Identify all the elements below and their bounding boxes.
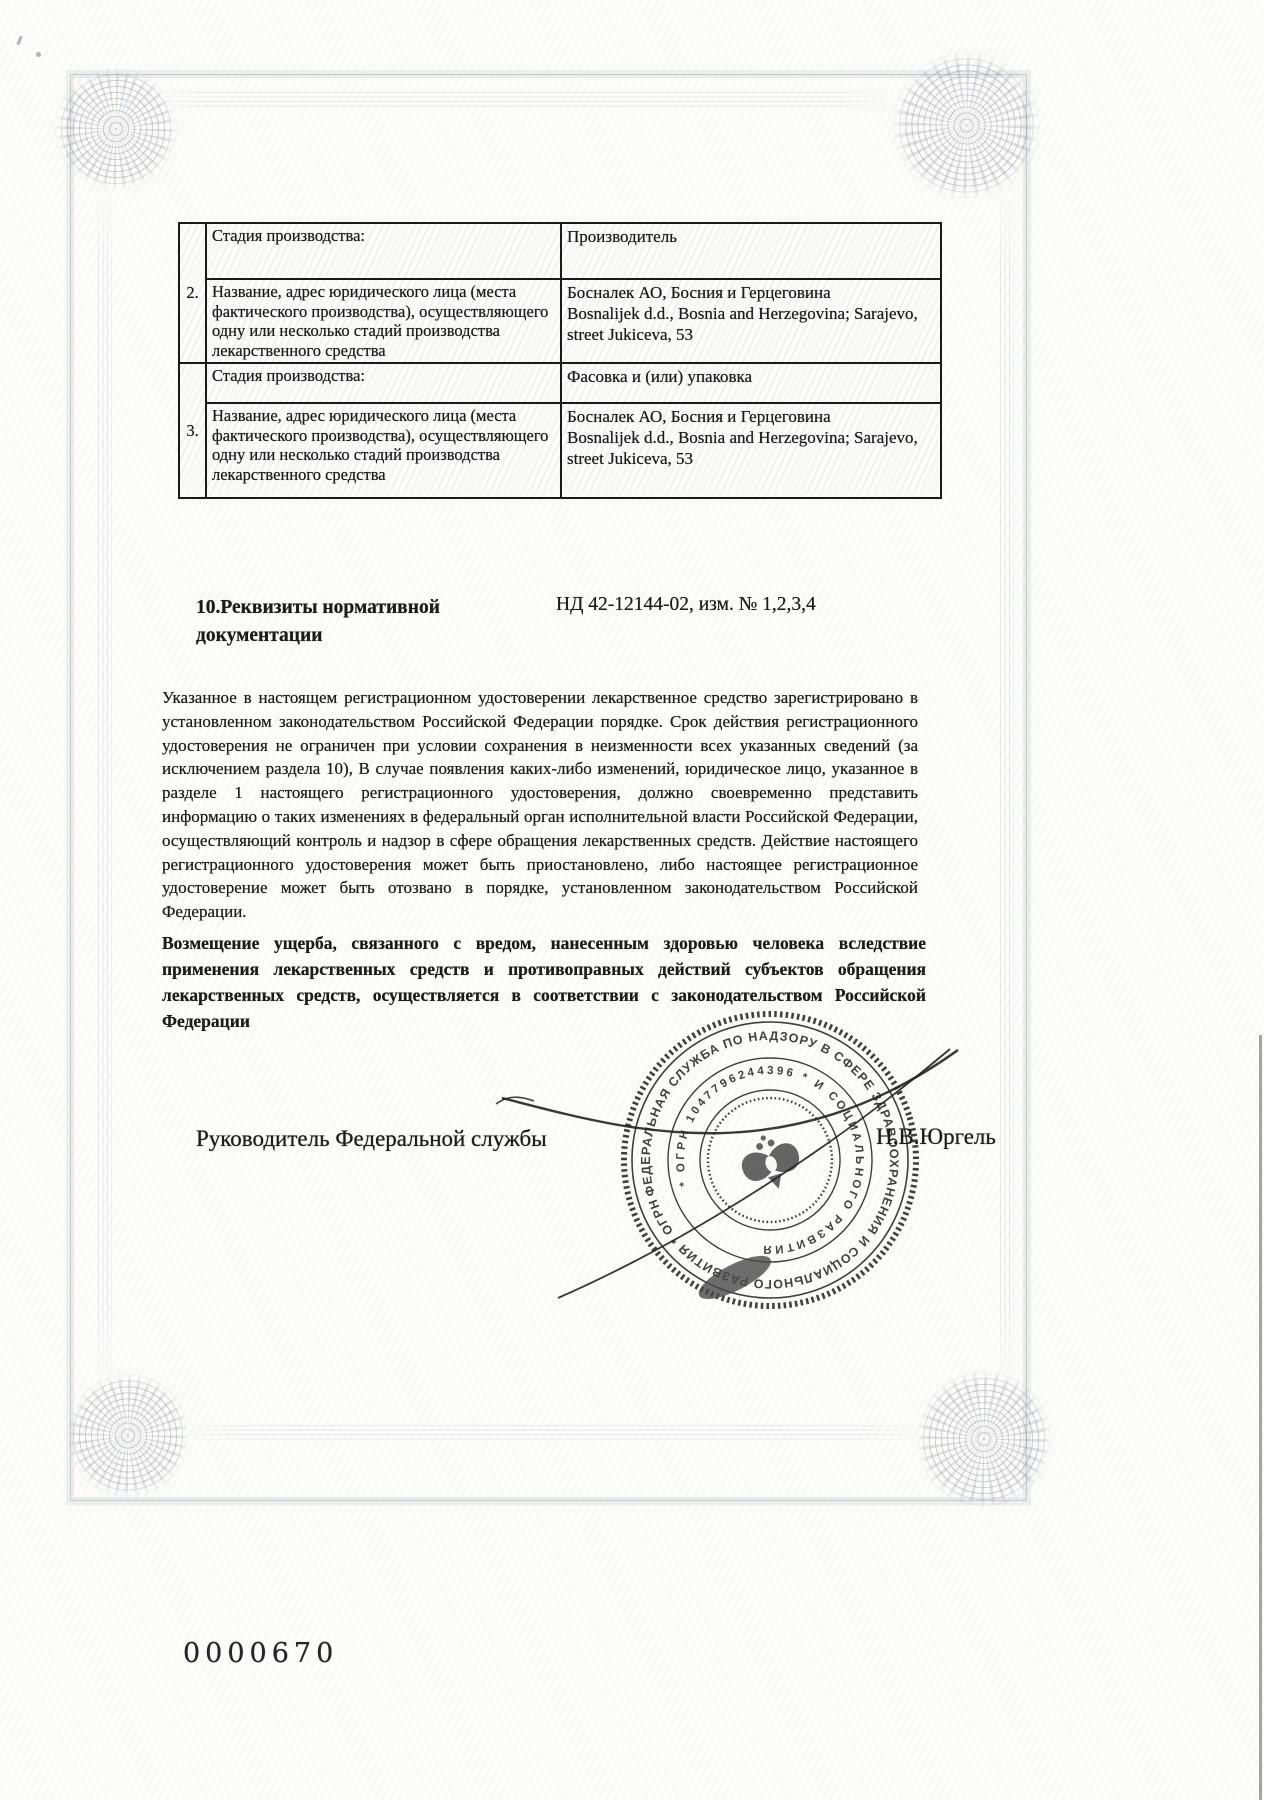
manufacturer-name-ru: Босналек АО, Босния и Герцеговина (567, 406, 933, 427)
table-row: Название, адрес юридического лица (места… (179, 279, 941, 363)
scan-edge-line (1259, 1035, 1262, 1800)
stage-value: Фасовка и (или) упаковка (561, 363, 941, 403)
normative-doc-reference: НД 42-12144-02, изм. № 1,2,3,4 (556, 594, 956, 616)
manufacturer-value: Босналек АО, Босния и Герцеговина Bosnal… (561, 403, 941, 498)
entry-number: 3. (179, 363, 206, 498)
stage-label: Стадия производства: (206, 223, 561, 279)
manufacturer-label: Название, адрес юридического лица (места… (206, 279, 561, 363)
production-stages-table: 2. Стадия производства: Производитель На… (178, 222, 942, 499)
entry-number: 2. (179, 223, 206, 363)
scan-artifact (36, 52, 41, 57)
stamp-outer-ring-text: ФЕДЕРАЛЬНАЯ СЛУЖБА ПО НАДЗОРУ В СФЕРЕ ЗД… (480, 1000, 934, 1330)
manufacturer-label: Название, адрес юридического лица (места… (206, 403, 561, 498)
table-row: 2. Стадия производства: Производитель (179, 223, 941, 279)
table-row: 3. Стадия производства: Фасовка и (или) … (179, 363, 941, 403)
eagle-emblem-icon (735, 1127, 807, 1197)
scan-artifact (16, 36, 22, 45)
scanned-certificate-page: 2. Стадия производства: Производитель На… (0, 0, 1264, 1800)
section10-heading: 10.Реквизиты нормативной документации (196, 594, 541, 650)
stage-value: Производитель (561, 223, 941, 279)
manufacturer-street: street Jukiceva, 53 (567, 324, 933, 345)
manufacturer-name-ru: Босналек АО, Босния и Герцеговина (567, 282, 933, 303)
manufacturer-value: Босналек АО, Босния и Герцеговина Bosnal… (561, 279, 941, 363)
manufacturer-name-en: Bosnalijek d.d., Bosnia and Herzegovina;… (567, 427, 933, 448)
manufacturer-street: street Jukiceva, 53 (567, 448, 933, 469)
registration-terms-paragraph: Указанное в настоящем регистрационном уд… (162, 686, 918, 924)
manufacturer-name-en: Bosnalijek d.d., Bosnia and Herzegovina;… (567, 303, 933, 324)
official-seal-stamp: ФЕДЕРАЛЬНАЯ СЛУЖБА ПО НАДЗОРУ В СФЕРЕ ЗД… (480, 1000, 1000, 1330)
seal-body: ФЕДЕРАЛЬНАЯ СЛУЖБА ПО НАДЗОРУ В СФЕРЕ ЗД… (480, 1000, 952, 1330)
document-serial-number: 0000670 (183, 1638, 338, 1669)
stage-label: Стадия производства: (206, 363, 561, 403)
svg-text:ФЕДЕРАЛЬНАЯ СЛУЖБА ПО НАДЗОРУ: ФЕДЕРАЛЬНАЯ СЛУЖБА ПО НАДЗОРУ В СФЕРЕ ЗД… (480, 1000, 934, 1330)
table-row: Название, адрес юридического лица (места… (179, 403, 941, 498)
